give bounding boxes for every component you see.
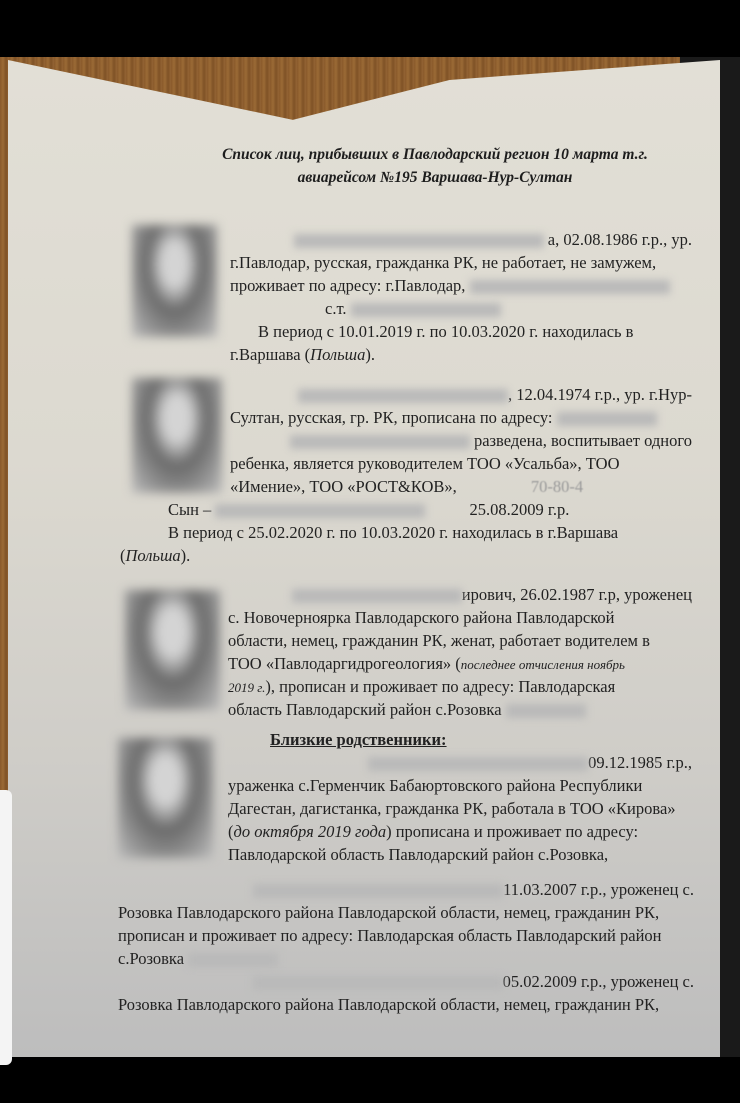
- redacted-address: [506, 704, 586, 718]
- redacted-phone: [351, 303, 501, 317]
- person-3-entry: ирович, 26.02.1987 г.р, уроженец с. Ново…: [228, 583, 692, 721]
- redacted-name: [292, 589, 462, 603]
- person-1-entry: а, 02.08.1986 г.р., ур. г.Павлодар, русс…: [230, 228, 692, 366]
- redacted-address: [290, 435, 470, 449]
- title-line-2: авиарейсом №195 Варшава-Нур-Султан: [195, 166, 675, 189]
- title-line-1: Список лиц, прибывших в Павлодарский рег…: [195, 143, 675, 166]
- person-2-entry: , 12.04.1974 г.р., ур. г.Нур- Султан, ру…: [230, 383, 692, 498]
- document-title: Список лиц, прибывших в Павлодарский рег…: [195, 143, 675, 189]
- person-2-continued: Сын – 25.08.2009 г.р. В период с 25.02.2…: [120, 498, 692, 567]
- redacted-address: [557, 412, 657, 426]
- redacted-name: [294, 234, 544, 248]
- redacted-name: [368, 757, 588, 771]
- redacted-name: [253, 884, 503, 898]
- relative-2-entry: 11.03.2007 г.р., уроженец с. Розовка Пав…: [118, 878, 694, 1016]
- side-overlay-panel: [0, 790, 12, 1065]
- redacted-son-name: [215, 504, 425, 518]
- redacted-photo-3: [125, 590, 220, 710]
- redacted-name: [298, 389, 508, 403]
- redacted-name: [253, 976, 503, 990]
- redacted-photo-2: [132, 378, 222, 493]
- redacted-address: [188, 953, 278, 967]
- redacted-photo-4: [118, 738, 213, 858]
- relatives-heading: Близкие родственники:: [270, 730, 447, 749]
- redacted-address: [470, 280, 670, 294]
- relative-1-entry: Близкие родственники: 09.12.1985 г.р., у…: [228, 728, 692, 866]
- redacted-photo-1: [132, 225, 217, 337]
